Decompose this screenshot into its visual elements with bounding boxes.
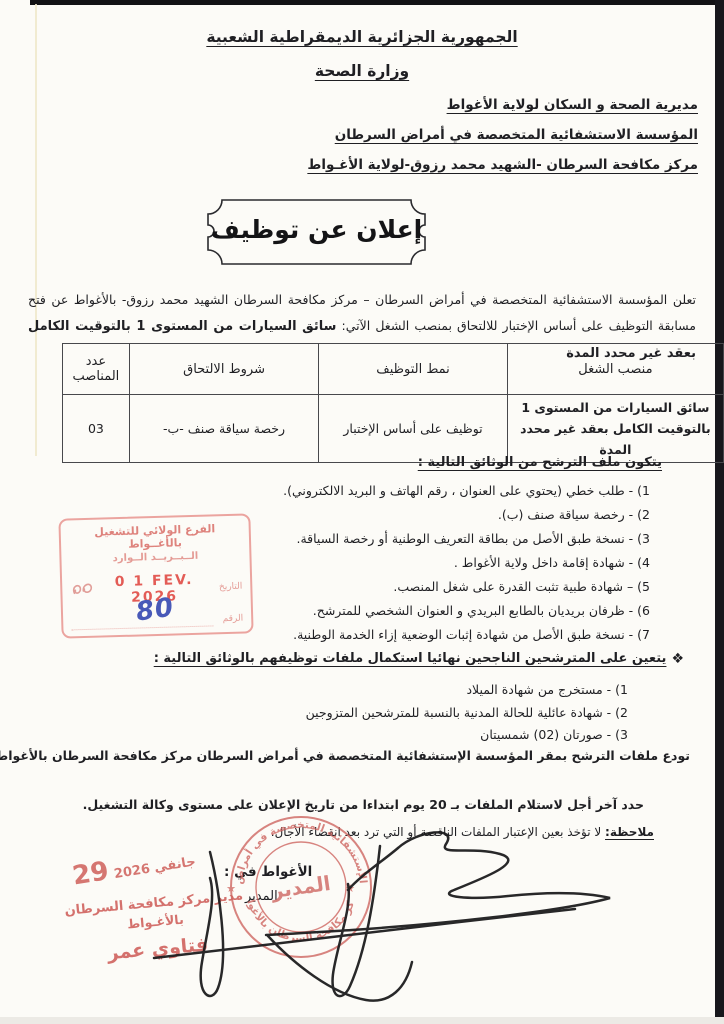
scanned-job-announcement-document: الجمهورية الجزائرية الديمقراطية الشعبية … xyxy=(0,0,724,1024)
handwritten-signature xyxy=(0,0,724,1024)
